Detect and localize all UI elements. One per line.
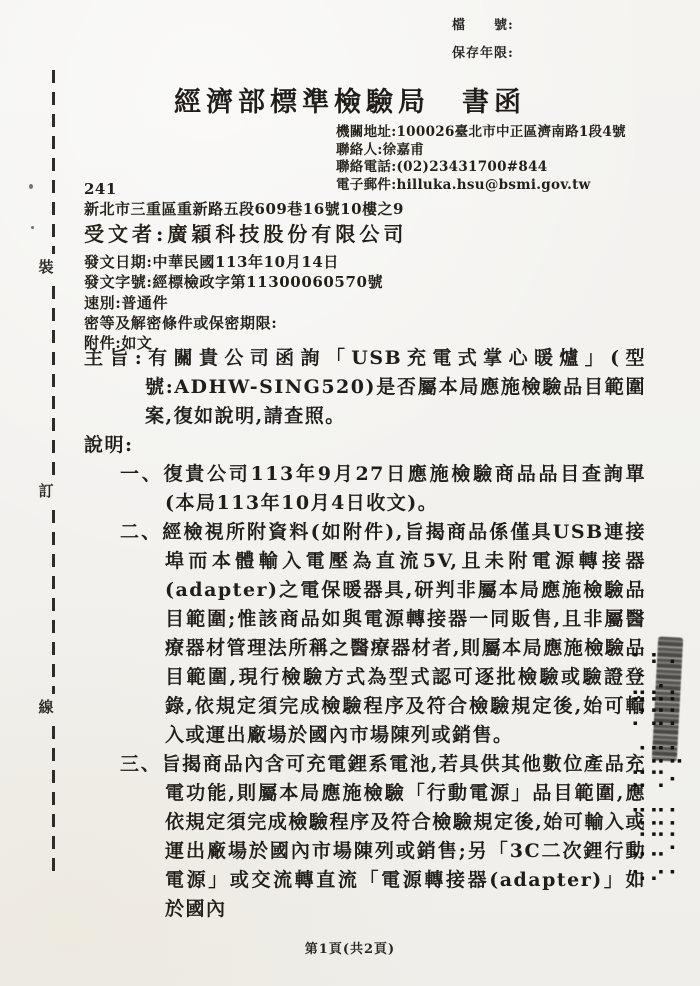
- dot-row: ⢒⣒⡂: [630, 797, 700, 828]
- file-number-label: 檔 號:: [452, 12, 514, 40]
- retention-period-label: 保存年限:: [452, 40, 514, 68]
- dot-row: ⣤⣔⡄: [630, 673, 700, 704]
- dot-row: ⣈⣉⠅: [630, 828, 700, 859]
- agency-phone: 聯絡電話:(02)23431700#844: [336, 159, 626, 177]
- explanation-item-2: 二、經檢視所附資料(如附件),旨揭商品係僅具USB連接埠而本體輸入電壓為直流5V…: [120, 518, 646, 750]
- subject-label: 主旨:: [84, 347, 143, 369]
- dot-row: ⠢⠔⠂: [630, 859, 700, 890]
- recipient-postal-code: 241: [84, 180, 407, 199]
- binding-mark-xian: 線: [36, 696, 56, 717]
- binding-dash-line: [52, 726, 55, 880]
- binding-dash-line: [52, 510, 55, 694]
- document-page: 裝 訂 線 檔 號: 保存年限: 經濟部標準檢驗局 書函 機關地址:100026…: [0, 0, 700, 986]
- item-number: 二、: [120, 521, 162, 543]
- page-number: 第1頁(共2頁): [0, 938, 700, 957]
- item-text: 經檢視所附資料(如附件),旨揭商品係僅具USB連接埠而本體輸入電壓為直流5V,且…: [162, 521, 646, 746]
- archival-labels: 檔 號: 保存年限:: [452, 12, 514, 68]
- dot-row: ⠌⠭⠅: [630, 704, 700, 735]
- scan-speck: [31, 226, 34, 229]
- item-text: 復貴公司113年9月27日應施檢驗商品品目查詢單(本局113年10月4日收文)。: [164, 463, 646, 514]
- explanation-item-1: 一、復貴公司113年9月27日應施檢驗商品品目查詢單(本局113年10月4日收文…: [120, 460, 646, 518]
- dot-row: ⠂⠆⠄: [630, 642, 700, 673]
- item-number: 一、: [120, 463, 164, 485]
- document-number: 發文字號:經標檢政字第11300060570號: [84, 272, 383, 292]
- recipient-address: 新北市三重區重新路五段609巷16號10樓之9: [84, 199, 407, 220]
- dot-row: ⠭⠩⠂: [630, 766, 700, 797]
- recipient-name: 受文者:廣穎科技股份有限公司: [84, 221, 407, 247]
- delivery-speed: 速別:普通件: [84, 293, 383, 313]
- item-text: 旨揭商品內含可充電鋰系電池,若具供其他數位產品充電功能,則屬本局應施檢驗「行動電…: [161, 753, 646, 920]
- subject-text: 有關貴公司函詢「USB充電式掌心暖爐」(型號:ADHW-SING520)是否屬本…: [143, 347, 646, 427]
- subject-paragraph: 主旨:有關貴公司函詢「USB充電式掌心暖爐」(型號:ADHW-SING520)是…: [84, 344, 646, 431]
- item-number: 三、: [120, 753, 161, 775]
- document-meta-block: 發文日期:中華民國113年10月14日 發文字號:經標檢政字第113000605…: [84, 252, 383, 353]
- issue-date: 發文日期:中華民國113年10月14日: [84, 252, 383, 272]
- scan-speck: [29, 184, 33, 189]
- agency-contact-person: 聯絡人:徐嘉甫: [336, 142, 626, 160]
- recipient-block: 241 新北市三重區重新路五段609巷16號10樓之9 受文者:廣穎科技股份有限…: [84, 180, 407, 247]
- explanation-item-3: 三、旨揭商品內含可充電鋰系電池,若具供其他數位產品充電功能,則屬本局應施檢驗「行…: [120, 750, 646, 924]
- explanation-label: 說明:: [84, 431, 646, 460]
- binding-mark-zhuang: 裝: [36, 256, 56, 277]
- perforation-dots: ⠂⠆⠄ ⣤⣔⡄ ⠌⠭⠅ ⠐⣒⣂ ⠭⠩⠂ ⢒⣒⡂ ⣈⣉⠅ ⠢⠔⠂: [630, 642, 700, 890]
- binding-mark-ding: 訂: [36, 480, 56, 501]
- binding-dash-line: [52, 286, 55, 478]
- dot-row: ⠐⣒⣂: [630, 735, 700, 766]
- document-title: 經濟部標準檢驗局 書函: [0, 80, 700, 119]
- explanation-items: 一、復貴公司113年9月27日應施檢驗商品品目查詢單(本局113年10月4日收文…: [120, 460, 646, 924]
- document-body: 主旨:有關貴公司函詢「USB充電式掌心暖爐」(型號:ADHW-SING520)是…: [84, 344, 646, 924]
- agency-address: 機關地址:100026臺北市中正區濟南路1段4號: [336, 124, 626, 142]
- security-classification: 密等及解密條件或保密期限:: [84, 313, 383, 333]
